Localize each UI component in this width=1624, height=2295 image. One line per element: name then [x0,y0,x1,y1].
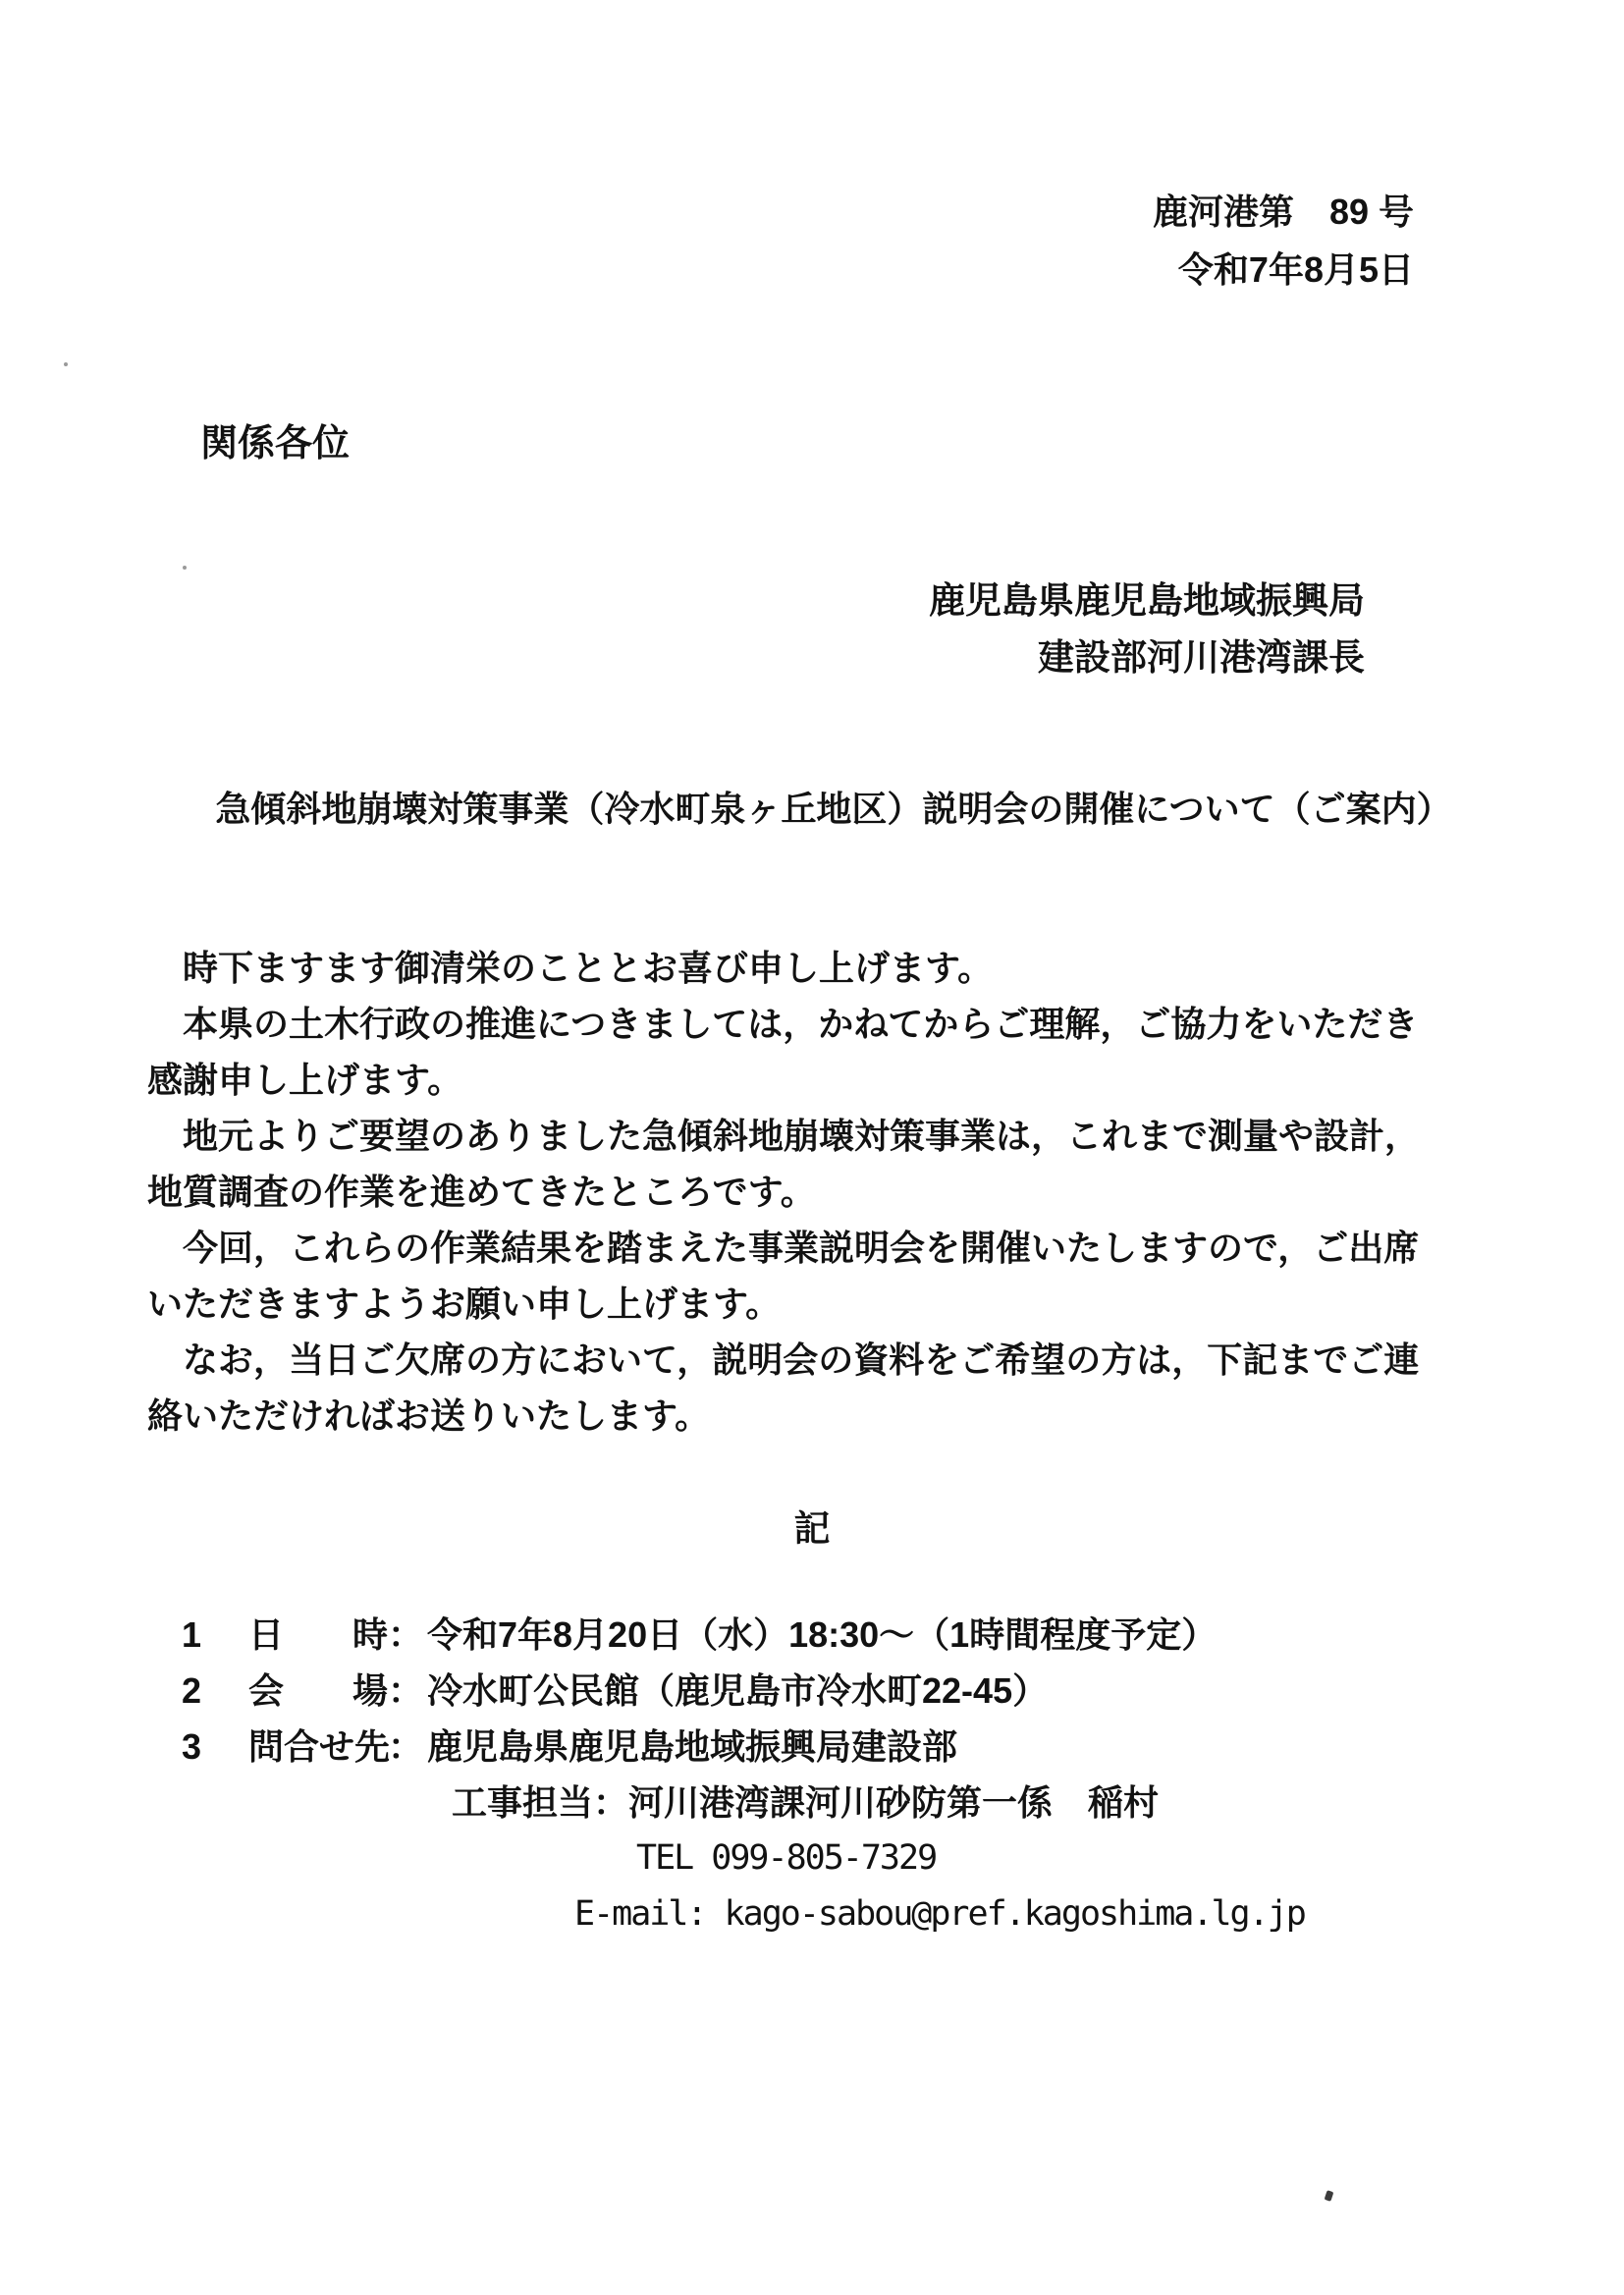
detail-number: 2 [182,1663,248,1719]
scan-speck [183,566,187,570]
contact-person-line: 工事担当：河川港湾課河川砂防第一係 稲村 [182,1775,1556,1831]
sender-block: 鹿児島県鹿児島地域振興局 建設部河川港湾課長 [929,573,1365,686]
detail-label: 会場 [248,1663,388,1719]
body-line: 時下ますます御清栄のこととお喜び申し上げます。 [147,940,1512,996]
body-line: 今回，これらの作業結果を踏まえた事業説明会を開催いたしますので，ご出席 [147,1220,1512,1276]
detail-value: 令和7年8月20日（水）18:30～（1時間程度予定） [427,1607,1217,1663]
body-line: 本県の土木行政の推進につきましては，かねてからご理解，ご協力をいただき [147,996,1512,1052]
document-title: 急傾斜地崩壊対策事業（冷水町泉ヶ丘地区）説明会の開催について（ご案内） [0,782,1624,832]
body-line: 感謝申し上げます。 [147,1052,1512,1108]
body-line: いただきますようお願い申し上げます。 [147,1276,1512,1332]
detail-number: 3 [182,1719,248,1775]
detail-value: 鹿児島県鹿児島地域振興局建設部 [427,1719,957,1775]
contact-phone: TEL 099-805-7329 [182,1831,1556,1886]
body-line: 地元よりご要望のありました急傾斜地崩壊対策事業は，これまで測量や設計， [147,1108,1512,1164]
record-marker: 記 [0,1499,1624,1552]
detail-colon: ： [388,1719,427,1775]
details-list: 1 日時 ： 令和7年8月20日（水）18:30～（1時間程度予定） 2 会場 … [182,1607,1556,1942]
document-date: 令和7年8月5日 [1153,241,1414,299]
detail-colon: ： [388,1663,427,1719]
scanned-letter-page: 鹿河港第 89 号 令和7年8月5日 関係各位 鹿児島県鹿児島地域振興局 建設部… [0,0,1624,2295]
contact-email: E-mail: kago-sabou@pref.kagoshima.lg.jp [182,1886,1556,1942]
scan-speck [64,362,68,366]
sender-organization: 鹿児島県鹿児島地域振興局 [929,573,1365,629]
addressee: 関係各位 [200,412,350,466]
detail-item-venue: 2 会場 ： 冷水町公民館（鹿児島市冷水町22-45） [182,1663,1556,1719]
detail-item-contact: 3 問合せ先 ： 鹿児島県鹿児島地域振興局建設部 [182,1719,1556,1775]
body-text: 時下ますます御清栄のこととお喜び申し上げます。 本県の土木行政の推進につきまして… [147,940,1512,1444]
sender-title: 建設部河川港湾課長 [929,629,1365,686]
detail-item-datetime: 1 日時 ： 令和7年8月20日（水）18:30～（1時間程度予定） [182,1607,1556,1663]
detail-label: 問合せ先 [248,1719,388,1775]
detail-colon: ： [388,1607,427,1663]
detail-label: 日時 [248,1607,388,1663]
scan-artifact-mark [1325,2190,1334,2202]
body-line: 絡いただければお送りいたします。 [147,1388,1512,1444]
document-header: 鹿河港第 89 号 令和7年8月5日 [1153,183,1414,299]
detail-value: 冷水町公民館（鹿児島市冷水町22-45） [427,1663,1048,1719]
body-line: なお，当日ご欠席の方において，説明会の資料をご希望の方は，下記までご連 [147,1332,1512,1388]
body-line: 地質調査の作業を進めてきたところです。 [147,1164,1512,1220]
document-number: 鹿河港第 89 号 [1153,183,1414,241]
detail-number: 1 [182,1607,248,1663]
